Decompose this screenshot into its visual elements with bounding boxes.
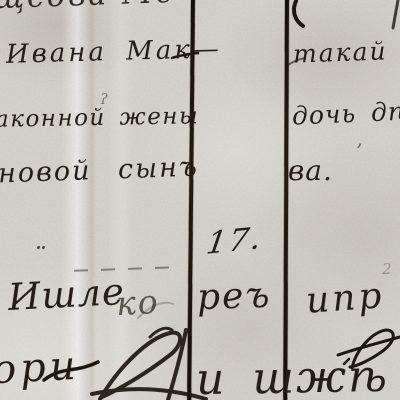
apostrophe-mark: ’ bbox=[356, 141, 362, 161]
scribble-bottom-left: ори bbox=[0, 346, 80, 391]
diaeresis-mark: ¨ bbox=[32, 245, 45, 271]
scribble-mid-left-cont: ко bbox=[115, 285, 160, 320]
faint-numeral: 2 bbox=[382, 262, 392, 277]
partial-top-line: щсова Ме bbox=[0, 0, 177, 14]
left-column-line-3: новой сынъ bbox=[0, 154, 199, 188]
scanned-page: щсова Ме Ивана Мак— ʔ аконной жены новой… bbox=[0, 0, 400, 400]
right-column-line-3: ва. bbox=[288, 157, 333, 185]
scribble-mid-right: ипр bbox=[305, 278, 386, 319]
left-column-line-1: Ивана Мак— bbox=[6, 36, 222, 68]
scribble-mid-left: Ишле bbox=[7, 273, 126, 316]
entry-number: 17. bbox=[204, 223, 265, 260]
right-column-line-2: дочь дѣ bbox=[292, 98, 400, 128]
column-rule-right bbox=[283, 0, 289, 400]
scribble-bottom-right: и шжѣ и bbox=[196, 354, 400, 400]
right-column-line-1: такай bbox=[293, 38, 388, 66]
scribble-mid-center: реъ bbox=[196, 278, 272, 317]
top-right-partial-stroke bbox=[294, 0, 398, 28]
left-column-line-2: аконной жены bbox=[0, 105, 199, 132]
